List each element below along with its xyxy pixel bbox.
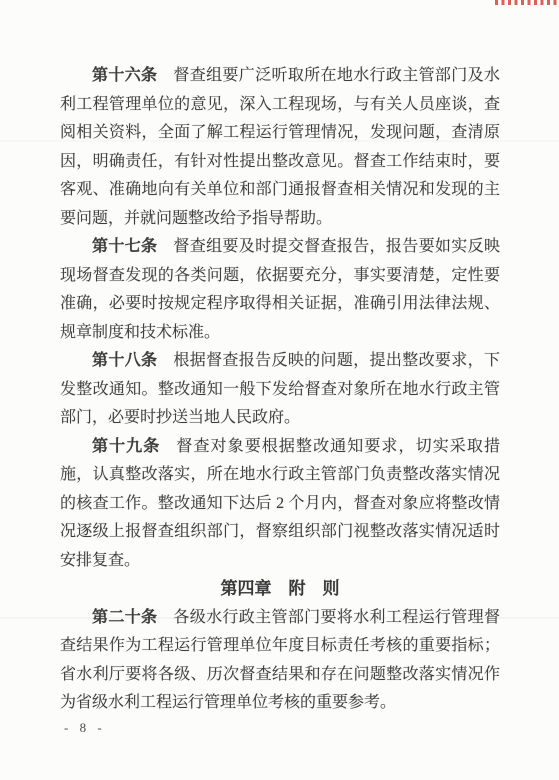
chapter-heading: 第四章 附 则 xyxy=(60,575,500,604)
document-body: 第十六条督查组要广泛听取所在地水行政主管部门及水利工程管理单位的意见，深入工程现… xyxy=(60,62,500,718)
red-stamp-fragment-icon xyxy=(495,0,557,5)
document-page: 第十六条督查组要广泛听取所在地水行政主管部门及水利工程管理单位的意见，深入工程现… xyxy=(0,0,559,780)
article-paragraph-17: 第十七条督查组要及时提交督查报告，报告要如实反映现场督查发现的各类问题，依据要充… xyxy=(60,233,500,347)
article-text: 督查对象要根据整改通知要求，切实采取措施，认真整改落实，所在地水行政主管部门负责… xyxy=(60,438,500,569)
article-text: 督查组要广泛听取所在地水行政主管部门及水利工程管理单位的意见，深入工程现场，与有… xyxy=(60,67,500,227)
article-number: 第十七条 xyxy=(92,238,157,255)
article-paragraph-19: 第十九条督查对象要根据整改通知要求，切实采取措施，认真整改落实，所在地水行政主管… xyxy=(60,433,500,576)
article-paragraph-18: 第十八条根据督查报告反映的问题，提出整改要求，下发整改通知。整改通知一般下发给督… xyxy=(60,347,500,433)
article-paragraph-16: 第十六条督查组要广泛听取所在地水行政主管部门及水利工程管理单位的意见，深入工程现… xyxy=(60,62,500,233)
page-number: - 8 - xyxy=(64,720,106,736)
article-paragraph-20: 第二十条各级水行政主管部门要将水利工程运行管理督查结果作为工程运行管理单位年度目… xyxy=(60,604,500,718)
article-number: 第二十条 xyxy=(92,609,157,626)
article-number: 第十八条 xyxy=(92,352,157,369)
article-number: 第十六条 xyxy=(92,67,157,84)
article-number: 第十九条 xyxy=(92,438,160,455)
